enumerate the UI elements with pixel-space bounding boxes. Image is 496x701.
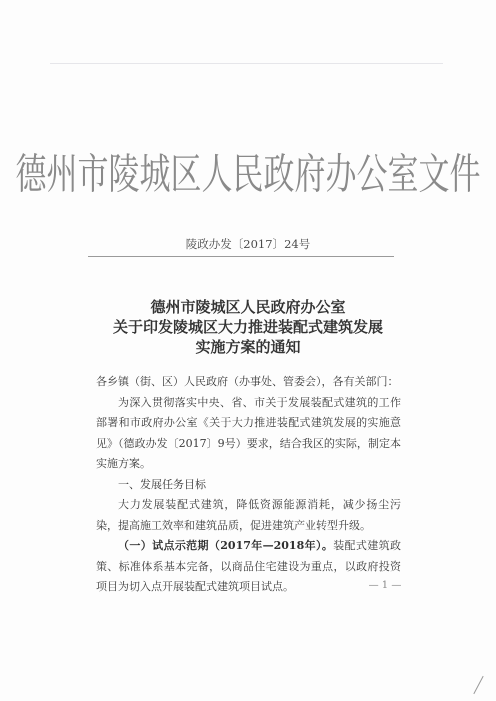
header-separator-line — [88, 256, 394, 257]
section-1-paragraph: 大力发展装配式建筑，降低资源能源消耗，减少扬尘污染，提高施工效率和建筑品质，促进… — [96, 495, 401, 536]
intro-paragraph: 为深入贯彻落实中央、省、市关于发展装配式建筑的工作部署和市政府办公室《关于大力推… — [96, 393, 401, 475]
notice-title-line-1: 德州市陵城区人民政府办公室 — [0, 297, 496, 317]
scan-corner-mark — [473, 676, 483, 694]
document-page: 德州市陵城区人民政府办公室文件 陵政办发〔2017〕24号 德州市陵城区人民政府… — [0, 0, 496, 701]
document-body: 各乡镇（街、区）人民政府（办事处、管委会），各有关部门： 为深入贯彻落实中央、省… — [96, 372, 401, 598]
section-heading-1: 一、发展任务目标 — [96, 475, 401, 496]
document-number: 陵政办发〔2017〕24号 — [0, 236, 496, 252]
salutation: 各乡镇（街、区）人民政府（办事处、管委会），各有关部门： — [96, 372, 401, 393]
notice-title-line-3: 实施方案的通知 — [0, 337, 496, 357]
subsection-1-lead: （一）试点示范期（2017年—2018年）。 — [118, 539, 333, 552]
subsection-1-paragraph: （一）试点示范期（2017年—2018年）。装配式建筑政策、标准体系基本完备，以… — [96, 536, 401, 598]
scan-artifact-line — [50, 63, 443, 64]
notice-title-line-2: 关于印发陵城区大力推进装配式建筑发展 — [0, 317, 496, 337]
page-number: — 1 — — [360, 580, 410, 591]
notice-title: 德州市陵城区人民政府办公室 关于印发陵城区大力推进装配式建筑发展 实施方案的通知 — [0, 297, 496, 357]
document-header-title: 德州市陵城区人民政府办公室文件 — [0, 140, 496, 201]
